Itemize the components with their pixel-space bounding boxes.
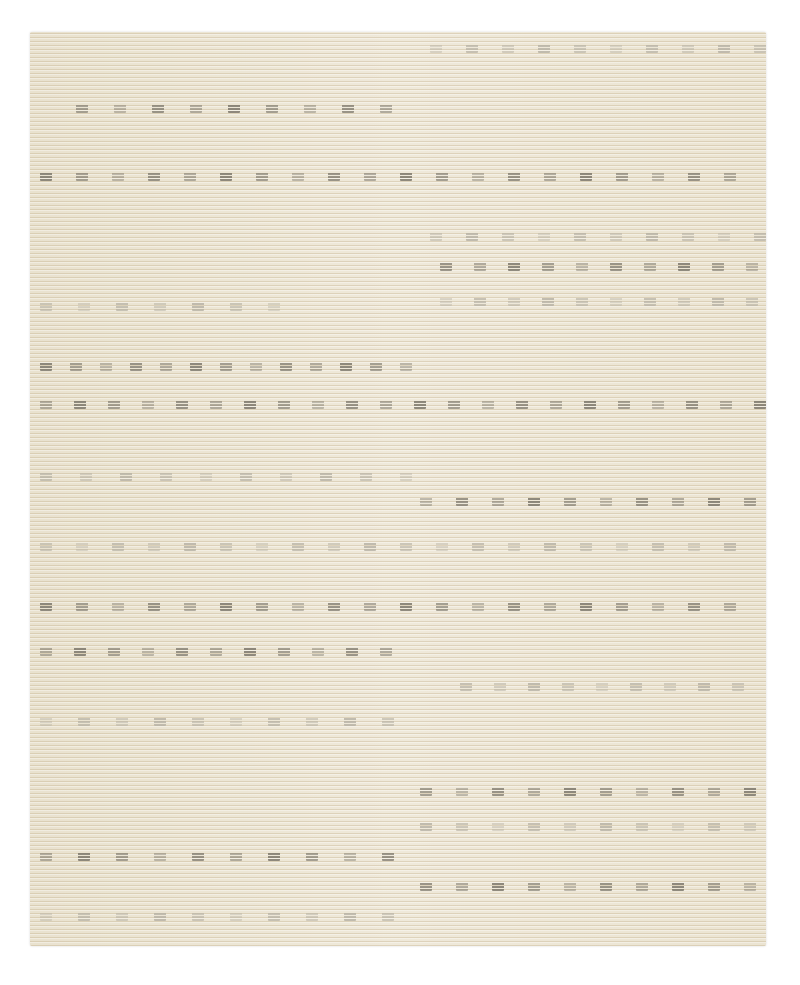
- motif-mark: [562, 682, 574, 691]
- motif-mark: [636, 882, 648, 891]
- motif-mark: [610, 44, 622, 53]
- motif-mark: [190, 362, 202, 371]
- motif-mark: [644, 262, 656, 271]
- motif-mark: [192, 717, 204, 726]
- motif-mark: [380, 400, 392, 409]
- motif-mark: [112, 602, 124, 611]
- motif-mark: [564, 497, 576, 506]
- motif-row: [30, 647, 766, 657]
- motif-mark: [538, 44, 550, 53]
- motif-mark: [724, 172, 736, 181]
- motif-mark: [724, 542, 736, 551]
- motif-row: [30, 104, 766, 114]
- motif-mark: [130, 362, 142, 371]
- motif-mark: [280, 472, 292, 481]
- motif-mark: [564, 822, 576, 831]
- motif-mark: [78, 852, 90, 861]
- motif-mark: [280, 362, 292, 371]
- motif-mark: [268, 852, 280, 861]
- motif-mark: [148, 172, 160, 181]
- motif-mark: [574, 232, 586, 241]
- motif-mark: [682, 44, 694, 53]
- motif-mark: [40, 302, 52, 311]
- motif-mark: [400, 362, 412, 371]
- motif-mark: [724, 602, 736, 611]
- motif-mark: [278, 647, 290, 656]
- motif-mark: [472, 542, 484, 551]
- motif-mark: [76, 172, 88, 181]
- motif-mark: [664, 682, 676, 691]
- motif-mark: [400, 172, 412, 181]
- motif-mark: [456, 882, 468, 891]
- motif-mark: [400, 542, 412, 551]
- motif-mark: [652, 602, 664, 611]
- motif-mark: [328, 602, 340, 611]
- motif-mark: [148, 542, 160, 551]
- motif-mark: [564, 787, 576, 796]
- motif-mark: [152, 104, 164, 113]
- motif-mark: [616, 542, 628, 551]
- motif-mark: [40, 472, 52, 481]
- motif-mark: [686, 400, 698, 409]
- motif-mark: [636, 822, 648, 831]
- motif-mark: [142, 400, 154, 409]
- motif-mark: [596, 682, 608, 691]
- motif-mark: [600, 497, 612, 506]
- motif-mark: [40, 542, 52, 551]
- motif-mark: [328, 172, 340, 181]
- motif-mark: [278, 400, 290, 409]
- motif-mark: [492, 882, 504, 891]
- motif-mark: [364, 172, 376, 181]
- motif-mark: [544, 602, 556, 611]
- motif-mark: [574, 44, 586, 53]
- motif-mark: [40, 912, 52, 921]
- motif-mark: [508, 262, 520, 271]
- motif-mark: [600, 822, 612, 831]
- motif-mark: [292, 602, 304, 611]
- motif-mark: [508, 602, 520, 611]
- motif-mark: [542, 262, 554, 271]
- motif-mark: [268, 717, 280, 726]
- motif-mark: [190, 104, 202, 113]
- motif-mark: [228, 104, 240, 113]
- motif-mark: [652, 542, 664, 551]
- motif-mark: [230, 717, 242, 726]
- motif-mark: [244, 647, 256, 656]
- motif-mark: [466, 44, 478, 53]
- motif-mark: [320, 472, 332, 481]
- motif-mark: [382, 912, 394, 921]
- motif-mark: [364, 542, 376, 551]
- motif-mark: [268, 912, 280, 921]
- motif-mark: [636, 787, 648, 796]
- motif-mark: [256, 542, 268, 551]
- motif-mark: [74, 400, 86, 409]
- motif-mark: [678, 262, 690, 271]
- motif-mark: [108, 400, 120, 409]
- motif-mark: [380, 104, 392, 113]
- motif-mark: [472, 602, 484, 611]
- motif-mark: [40, 362, 52, 371]
- motif-mark: [494, 682, 506, 691]
- motif-mark: [630, 682, 642, 691]
- motif-mark: [192, 852, 204, 861]
- motif-mark: [528, 497, 540, 506]
- motif-mark: [40, 647, 52, 656]
- motif-mark: [456, 787, 468, 796]
- motif-mark: [370, 362, 382, 371]
- motif-mark: [708, 882, 720, 891]
- motif-mark: [116, 717, 128, 726]
- motif-mark: [344, 852, 356, 861]
- motif-mark: [616, 172, 628, 181]
- motif-mark: [344, 717, 356, 726]
- motif-mark: [474, 262, 486, 271]
- motif-mark: [528, 682, 540, 691]
- motif-mark: [244, 400, 256, 409]
- motif-row: [30, 232, 766, 242]
- motif-row: [30, 912, 766, 922]
- motif-mark: [80, 472, 92, 481]
- motif-mark: [154, 912, 166, 921]
- motif-row: [30, 602, 766, 612]
- motif-mark: [154, 852, 166, 861]
- motif-row: [30, 400, 766, 410]
- motif-mark: [184, 602, 196, 611]
- motif-mark: [688, 542, 700, 551]
- motif-mark: [154, 717, 166, 726]
- motif-mark: [492, 787, 504, 796]
- motif-mark: [436, 172, 448, 181]
- motif-mark: [192, 912, 204, 921]
- motif-mark: [754, 232, 766, 241]
- motif-mark: [460, 682, 472, 691]
- motif-mark: [210, 400, 222, 409]
- motif-mark: [340, 362, 352, 371]
- motif-mark: [436, 542, 448, 551]
- motif-mark: [312, 647, 324, 656]
- motif-mark: [652, 400, 664, 409]
- motif-mark: [502, 232, 514, 241]
- motif-mark: [492, 497, 504, 506]
- motif-mark: [718, 232, 730, 241]
- motif-mark: [230, 852, 242, 861]
- motif-mark: [712, 262, 724, 271]
- motif-mark: [184, 542, 196, 551]
- motif-mark: [754, 400, 766, 409]
- motif-mark: [120, 472, 132, 481]
- motif-mark: [304, 104, 316, 113]
- motif-mark: [466, 232, 478, 241]
- motif-mark: [292, 542, 304, 551]
- motif-mark: [544, 172, 556, 181]
- motif-mark: [346, 400, 358, 409]
- motif-mark: [482, 400, 494, 409]
- motif-mark: [292, 172, 304, 181]
- motif-mark: [646, 232, 658, 241]
- motif-row: [30, 44, 766, 54]
- motif-mark: [78, 302, 90, 311]
- motif-row: [30, 822, 766, 832]
- motif-mark: [516, 400, 528, 409]
- motif-mark: [550, 400, 562, 409]
- motif-mark: [720, 400, 732, 409]
- motif-row: [30, 472, 766, 482]
- motif-mark: [600, 882, 612, 891]
- motif-mark: [114, 104, 126, 113]
- motif-mark: [698, 682, 710, 691]
- motif-mark: [610, 262, 622, 271]
- motif-mark: [456, 822, 468, 831]
- motif-mark: [616, 602, 628, 611]
- motif-mark: [610, 232, 622, 241]
- motif-row: [30, 172, 766, 182]
- motif-mark: [116, 912, 128, 921]
- motif-mark: [672, 787, 684, 796]
- motif-mark: [240, 472, 252, 481]
- motif-mark: [382, 717, 394, 726]
- motif-mark: [746, 262, 758, 271]
- motif-mark: [508, 542, 520, 551]
- motif-mark: [40, 852, 52, 861]
- motif-mark: [732, 682, 744, 691]
- motif-row: [30, 542, 766, 552]
- motif-mark: [708, 822, 720, 831]
- motif-mark: [312, 400, 324, 409]
- motif-mark: [420, 497, 432, 506]
- motif-row: [30, 497, 766, 507]
- motif-mark: [364, 602, 376, 611]
- motif-mark: [708, 497, 720, 506]
- motif-mark: [618, 400, 630, 409]
- motif-mark: [200, 472, 212, 481]
- motif-mark: [230, 912, 242, 921]
- motif-mark: [328, 542, 340, 551]
- motif-mark: [456, 497, 468, 506]
- motif-mark: [142, 647, 154, 656]
- motif-mark: [310, 362, 322, 371]
- motif-mark: [502, 44, 514, 53]
- motif-mark: [220, 362, 232, 371]
- motif-mark: [744, 787, 756, 796]
- motif-mark: [220, 542, 232, 551]
- motif-mark: [636, 497, 648, 506]
- motif-mark: [544, 542, 556, 551]
- motif-mark: [440, 262, 452, 271]
- motif-mark: [414, 400, 426, 409]
- motif-mark: [538, 232, 550, 241]
- motif-mark: [70, 362, 82, 371]
- motif-mark: [192, 302, 204, 311]
- motif-mark: [400, 602, 412, 611]
- motif-mark: [382, 852, 394, 861]
- motif-mark: [580, 542, 592, 551]
- motif-mark: [268, 302, 280, 311]
- motif-mark: [160, 472, 172, 481]
- motif-mark: [682, 232, 694, 241]
- motif-mark: [436, 602, 448, 611]
- motif-mark: [40, 172, 52, 181]
- motif-mark: [306, 852, 318, 861]
- motif-mark: [672, 822, 684, 831]
- motif-row: [30, 787, 766, 797]
- motif-mark: [40, 602, 52, 611]
- motif-mark: [344, 912, 356, 921]
- motif-mark: [78, 717, 90, 726]
- motif-mark: [230, 302, 242, 311]
- motif-mark: [430, 232, 442, 241]
- motif-mark: [472, 172, 484, 181]
- motif-mark: [40, 400, 52, 409]
- motif-mark: [600, 787, 612, 796]
- motif-mark: [754, 44, 766, 53]
- motif-mark: [74, 647, 86, 656]
- motif-mark: [744, 822, 756, 831]
- motif-mark: [76, 602, 88, 611]
- motif-mark: [306, 717, 318, 726]
- motif-mark: [148, 602, 160, 611]
- motif-mark: [492, 822, 504, 831]
- motif-mark: [646, 44, 658, 53]
- motif-mark: [76, 104, 88, 113]
- motif-mark: [220, 602, 232, 611]
- motif-mark: [688, 172, 700, 181]
- motif-mark: [584, 400, 596, 409]
- motif-mark: [420, 787, 432, 796]
- motif-mark: [420, 822, 432, 831]
- motif-row: [30, 262, 766, 272]
- motif-mark: [360, 472, 372, 481]
- motif-mark: [342, 104, 354, 113]
- motif-mark: [250, 362, 262, 371]
- motif-mark: [672, 497, 684, 506]
- motif-row: [30, 852, 766, 862]
- motif-mark: [220, 172, 232, 181]
- motif-mark: [528, 882, 540, 891]
- motif-mark: [256, 602, 268, 611]
- motif-mark: [708, 787, 720, 796]
- motif-mark: [576, 262, 588, 271]
- motif-mark: [154, 302, 166, 311]
- rug: [30, 32, 766, 946]
- motif-mark: [400, 472, 412, 481]
- motif-mark: [564, 882, 576, 891]
- motif-mark: [744, 882, 756, 891]
- motif-mark: [112, 542, 124, 551]
- motif-mark: [448, 400, 460, 409]
- motif-mark: [430, 44, 442, 53]
- motif-mark: [176, 400, 188, 409]
- motif-mark: [116, 302, 128, 311]
- motif-mark: [508, 172, 520, 181]
- motif-mark: [210, 647, 222, 656]
- motif-mark: [160, 362, 172, 371]
- motif-mark: [718, 44, 730, 53]
- motif-mark: [116, 852, 128, 861]
- motif-row: [30, 362, 766, 372]
- motif-mark: [346, 647, 358, 656]
- motif-mark: [184, 172, 196, 181]
- motif-mark: [528, 787, 540, 796]
- motif-row: [30, 882, 766, 892]
- motif-row: [30, 717, 766, 727]
- motif-mark: [528, 822, 540, 831]
- motif-mark: [672, 882, 684, 891]
- motif-mark: [40, 717, 52, 726]
- motif-mark: [688, 602, 700, 611]
- motif-mark: [108, 647, 120, 656]
- motif-mark: [580, 172, 592, 181]
- motif-mark: [306, 912, 318, 921]
- motif-mark: [176, 647, 188, 656]
- motif-mark: [266, 104, 278, 113]
- motif-mark: [744, 497, 756, 506]
- motif-mark: [420, 882, 432, 891]
- motif-mark: [78, 912, 90, 921]
- motif-row: [30, 682, 766, 692]
- motif-row: [30, 302, 766, 312]
- motif-mark: [652, 172, 664, 181]
- motif-mark: [580, 602, 592, 611]
- motif-mark: [112, 172, 124, 181]
- motif-mark: [380, 647, 392, 656]
- motif-mark: [256, 172, 268, 181]
- motif-mark: [100, 362, 112, 371]
- motif-mark: [76, 542, 88, 551]
